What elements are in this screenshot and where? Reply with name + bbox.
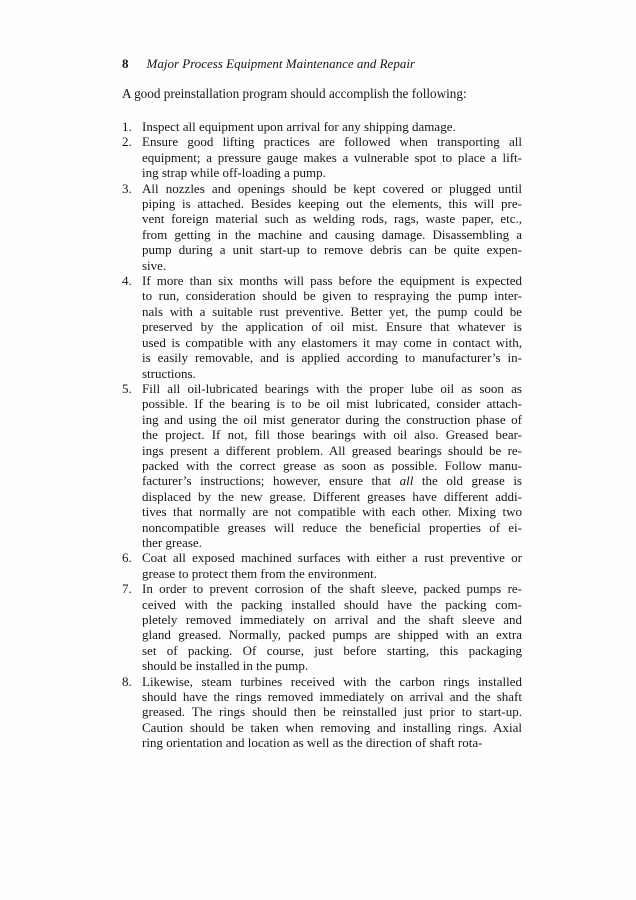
page-number: 8 (122, 56, 129, 71)
text-line: from getting in the machine and causing … (142, 227, 522, 242)
text-line: ings present a different problem. All gr… (142, 443, 522, 458)
text-line: greased. The rings should then be reinst… (142, 704, 522, 719)
text-line: equipment; a pressure gauge makes a vuln… (142, 150, 522, 165)
text-line: Likewise, steam turbines received with t… (142, 674, 522, 689)
text-line: the project. If not, fill those bearings… (142, 427, 522, 442)
text-line: ing and using the oil mist generator dur… (142, 412, 522, 427)
text-line: structions. (142, 366, 522, 381)
list-item-number: 1. (122, 119, 142, 134)
text-line: If more than six months will pass before… (142, 273, 522, 288)
text-line: to run, consideration should be given to… (142, 288, 522, 303)
list-item: 6.Coat all exposed machined surfaces wit… (122, 550, 522, 581)
list-item-text: Fill all oil-lubricated bearings with th… (142, 381, 522, 550)
list-item-text: Inspect all equipment upon arrival for a… (142, 119, 522, 134)
text-line: ring orientation and location as well as… (142, 735, 522, 750)
text-line: All nozzles and openings should be kept … (142, 181, 522, 196)
text-line: Inspect all equipment upon arrival for a… (142, 119, 522, 134)
text-line: gland greased. Normally, packed pumps ar… (142, 627, 522, 642)
text-line: should have the rings removed immediatel… (142, 689, 522, 704)
text-line: packed with the correct grease as soon a… (142, 458, 522, 473)
text-line: noncompatible greases will reduce the be… (142, 520, 522, 535)
text-line: pump during a unit start-up to remove de… (142, 242, 522, 257)
text-line: piping is attached. Besides keeping out … (142, 196, 522, 211)
numbered-list: 1.Inspect all equipment upon arrival for… (122, 119, 522, 751)
list-item-number: 6. (122, 550, 142, 565)
text-line: vent foreign material such as welding ro… (142, 211, 522, 226)
text-line: Fill all oil-lubricated bearings with th… (142, 381, 522, 396)
list-item-number: 5. (122, 381, 142, 396)
text-line: facturer’s instructions; however, ensure… (142, 473, 522, 488)
text-line: displaced by the new grease. Different g… (142, 489, 522, 504)
text-line: In order to prevent corrosion of the sha… (142, 581, 522, 596)
intro-paragraph: A good preinstallation program should ac… (122, 86, 467, 101)
text-line: sive. (142, 258, 522, 273)
list-item-text: In order to prevent corrosion of the sha… (142, 581, 522, 673)
list-item-number: 3. (122, 181, 142, 196)
list-item: 3.All nozzles and openings should be kep… (122, 181, 522, 273)
list-item: 2.Ensure good lifting practices are foll… (122, 134, 522, 180)
text-line: used is compatible with any elastomers i… (142, 335, 522, 350)
text-line: tives that normally are not compatible w… (142, 504, 522, 519)
list-item-number: 4. (122, 273, 142, 288)
list-item-text: If more than six months will pass before… (142, 273, 522, 381)
text-line: Ensure good lifting practices are follow… (142, 134, 522, 149)
list-item-number: 2. (122, 134, 142, 149)
list-item-text: Ensure good lifting practices are follow… (142, 134, 522, 180)
list-item-text: Coat all exposed machined surfaces with … (142, 550, 522, 581)
running-head: 8Major Process Equipment Maintenance and… (122, 56, 415, 71)
text-line: is easily removable, and is applied acco… (142, 350, 522, 365)
text-line: nals with a suitable rust preventive. Be… (142, 304, 522, 319)
text-line: set of packing. Of course, just before s… (142, 643, 522, 658)
list-item-number: 7. (122, 581, 142, 596)
list-item: 5.Fill all oil-lubricated bearings with … (122, 381, 522, 550)
list-item-text: All nozzles and openings should be kept … (142, 181, 522, 273)
running-title: Major Process Equipment Maintenance and … (147, 56, 416, 71)
text-line: should be installed in the pump. (142, 658, 522, 673)
list-item: 8.Likewise, steam turbines received with… (122, 674, 522, 751)
text-line: pletely removed immediately on arrival a… (142, 612, 522, 627)
list-item-text: Likewise, steam turbines received with t… (142, 674, 522, 751)
list-item: 7.In order to prevent corrosion of the s… (122, 581, 522, 673)
text-line: ther grease. (142, 535, 522, 550)
text-line: Coat all exposed machined surfaces with … (142, 550, 522, 565)
list-item-number: 8. (122, 674, 142, 689)
list-item: 4.If more than six months will pass befo… (122, 273, 522, 381)
list-item: 1.Inspect all equipment upon arrival for… (122, 119, 522, 134)
text-line: possible. If the bearing is to be oil mi… (142, 396, 522, 411)
text-line: ceived with the packing installed should… (142, 597, 522, 612)
book-page: 8Major Process Equipment Maintenance and… (0, 0, 636, 900)
text-line: Caution should be taken when removing an… (142, 720, 522, 735)
text-line: grease to protect them from the environm… (142, 566, 522, 581)
text-line: preserved by the application of oil mist… (142, 319, 522, 334)
text-line: ing strap while off-loading a pump. (142, 165, 522, 180)
